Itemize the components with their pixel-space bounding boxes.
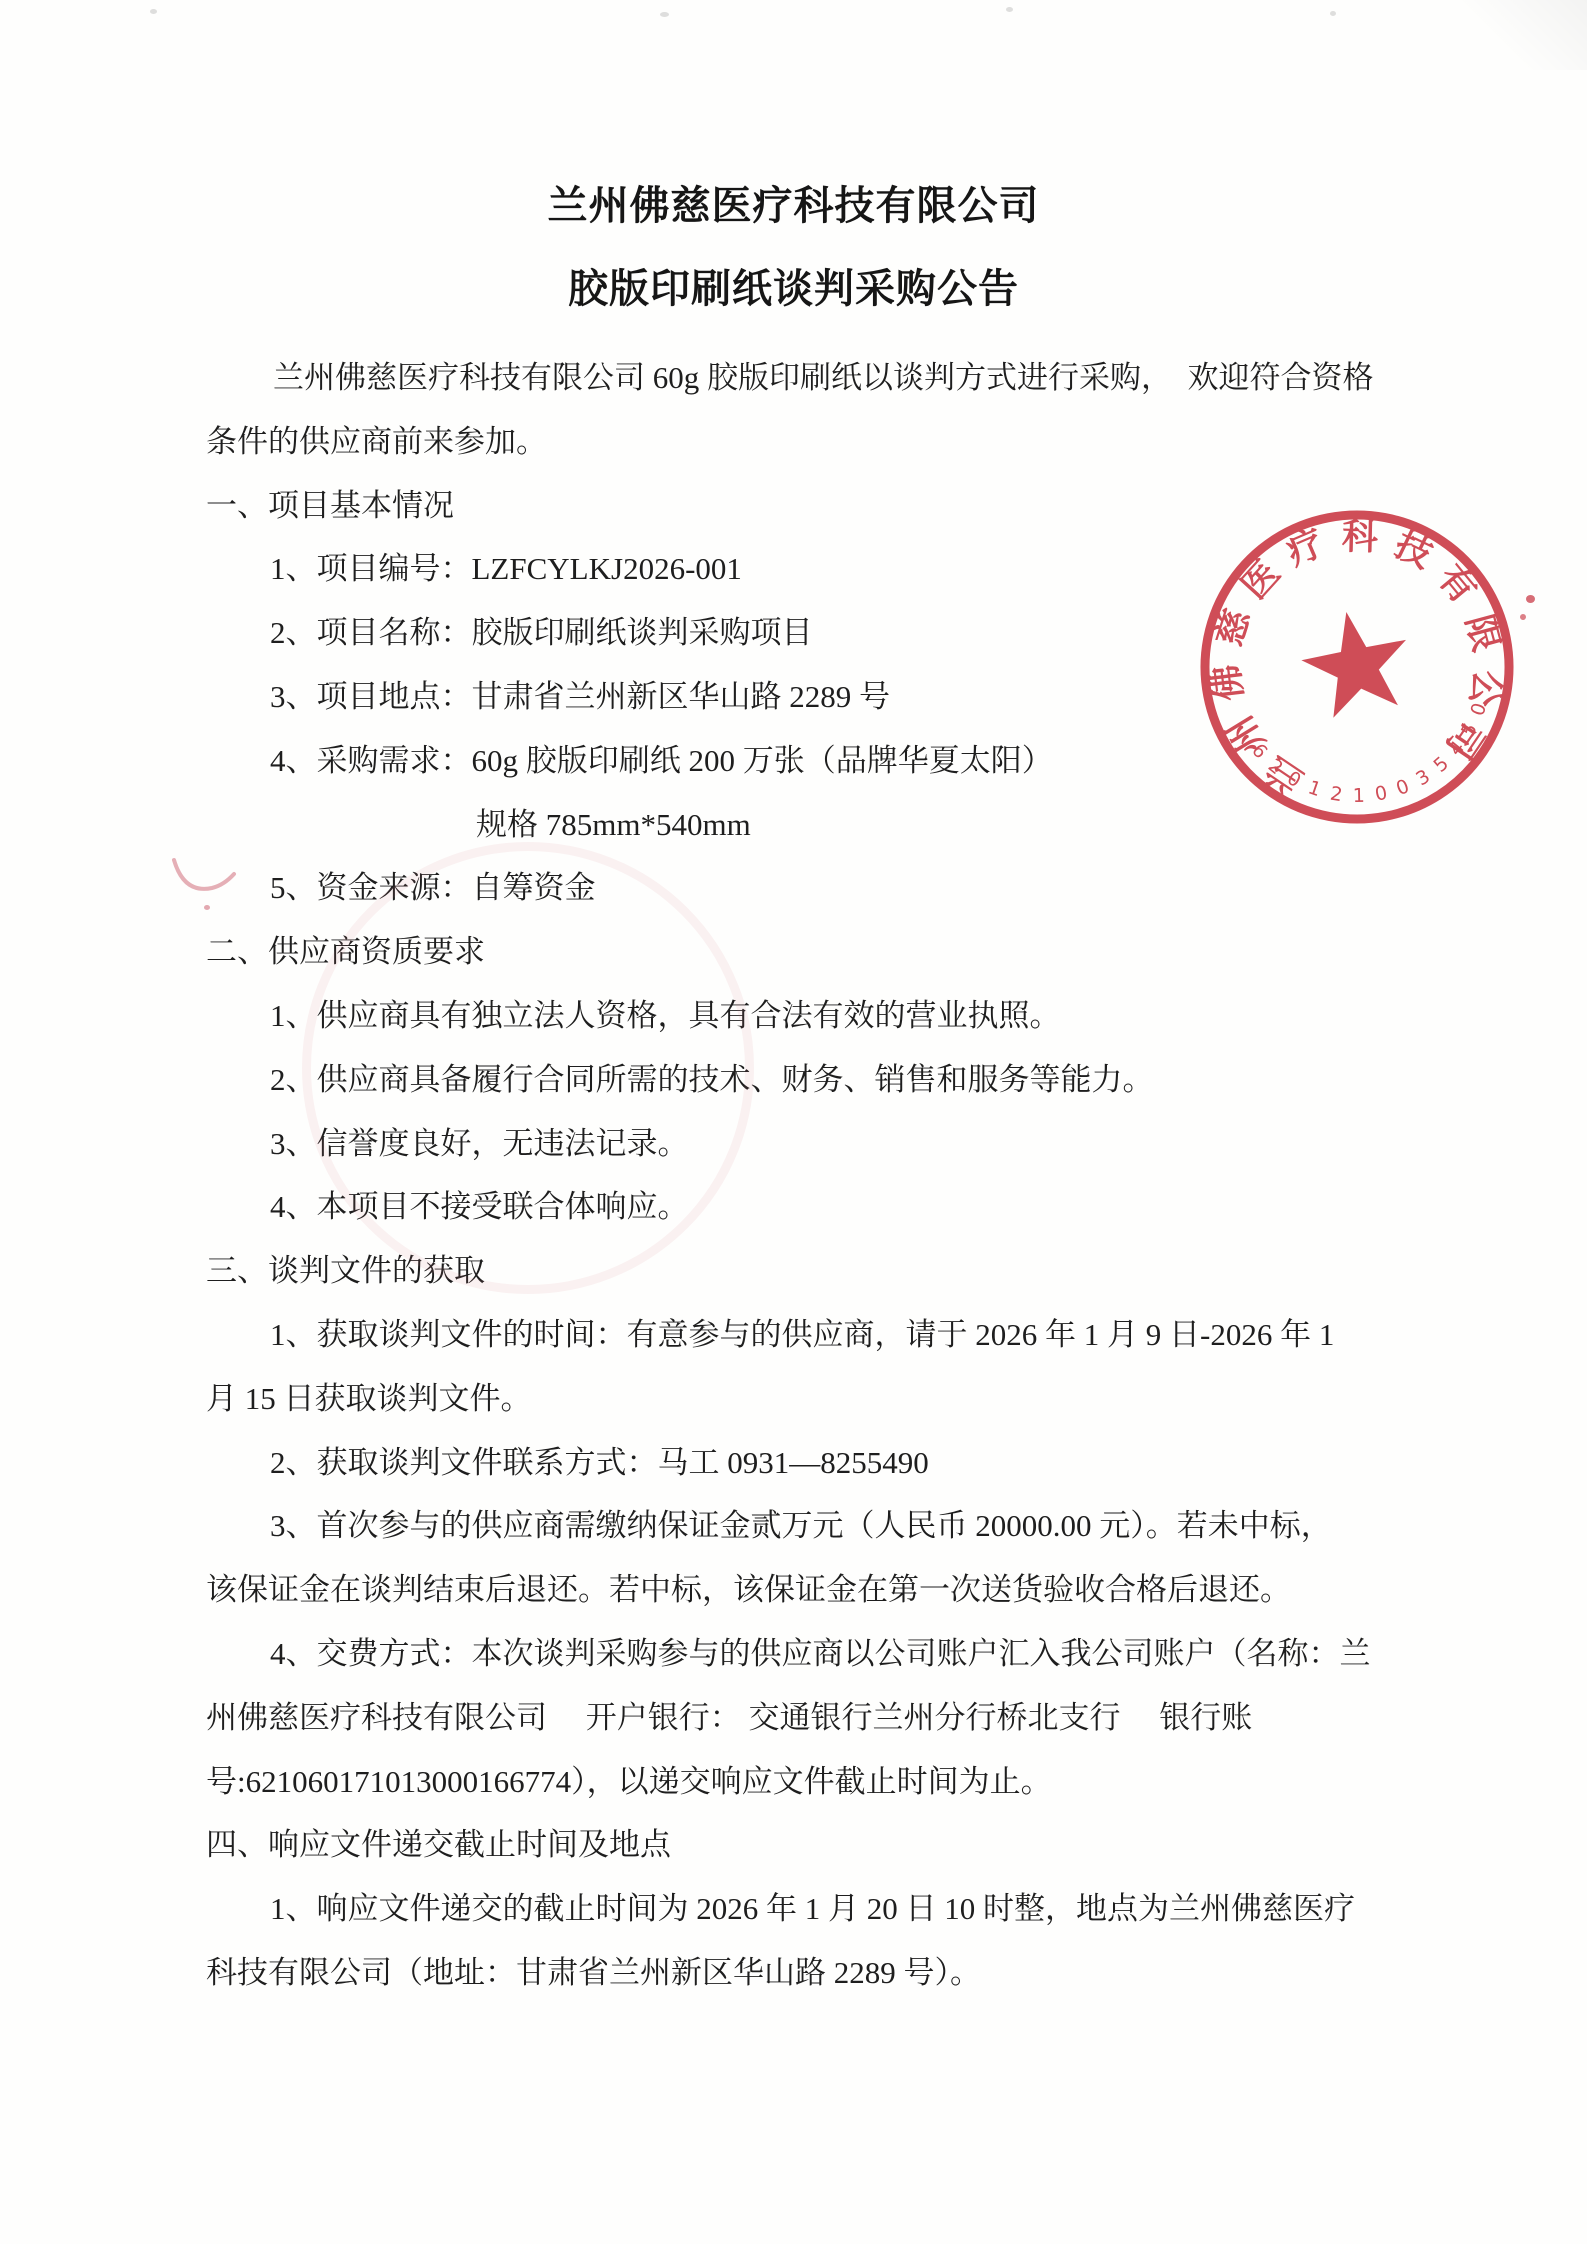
document-line: 四、响应文件递交截止时间及地点 [206, 1813, 1416, 1877]
seal-digit: 3 [1412, 765, 1435, 791]
company-title: 兰州佛慈医疗科技有限公司 [0, 164, 1587, 247]
document-line: 条件的供应商前来参加。 [206, 410, 1416, 474]
company-seal: 兰州佛慈医疗科技有限公司 6201210035450 [1177, 487, 1537, 847]
scan-speck [660, 12, 669, 17]
document-line: 2、获取谈判文件联系方式：马工 0931—8255490 [206, 1431, 1416, 1495]
document-line: 1、响应文件递交的截止时间为 2026 年 1 月 20 日 10 时整，地点为… [206, 1877, 1416, 1941]
ink-dot [204, 905, 210, 910]
document-line: 科技有限公司（地址：甘肃省兰州新区华山路 2289 号）。 [206, 1941, 1416, 2005]
seal-character: 佛 [1206, 662, 1250, 703]
document-line: 月 15 日获取谈判文件。 [206, 1367, 1416, 1431]
seal-digit: 2 [1329, 783, 1345, 807]
document-line: 1、获取谈判文件的时间：有意参与的供应商，请于 2026 年 1 月 9 日-2… [206, 1303, 1416, 1367]
scan-speck [150, 9, 157, 14]
document-header: 兰州佛慈医疗科技有限公司 胶版印刷纸谈判采购公告 [0, 164, 1587, 330]
document-line: 号:621060171013000166774），以递交响应文件截止时间为止。 [206, 1750, 1416, 1814]
document-line: 州佛慈医疗科技有限公司 开户银行： 交通银行兰州分行桥北支行 银行账 [206, 1686, 1416, 1750]
seal-digit: 1 [1305, 776, 1325, 801]
document-line: 3、首次参与的供应商需缴纳保证金贰万元（人民币 20000.00 元）。若未中标… [206, 1494, 1416, 1558]
document-line: 4、交费方式：本次谈判采购参与的供应商以公司账户汇入我公司账户（名称：兰 [206, 1622, 1416, 1686]
document-line: 兰州佛慈医疗科技有限公司 60g 胶版印刷纸以谈判方式进行采购， 欢迎符合资格 [206, 346, 1416, 410]
document-line: 三、谈判文件的获取 [206, 1239, 1416, 1303]
seal-digit: 1 [1353, 785, 1366, 807]
star-icon [1294, 602, 1418, 722]
seal-character: 医 [1234, 553, 1288, 607]
scanned-document-page: 兰州佛慈医疗科技有限公司 胶版印刷纸谈判采购公告 兰州佛慈医疗科技有限公司 60… [0, 0, 1587, 2244]
announcement-title: 胶版印刷纸谈判采购公告 [0, 247, 1587, 330]
ink-squiggle [168, 848, 242, 904]
seal-character: 科 [1341, 517, 1378, 558]
scan-speck [1006, 7, 1013, 12]
seal-digit: 5 [1429, 752, 1453, 777]
seal-digit: 0 [1393, 775, 1413, 800]
seal-character: 限 [1459, 611, 1507, 656]
company-seal-graphic: 兰州佛慈医疗科技有限公司 6201210035450 [1177, 487, 1537, 847]
seal-digit: 0 [1373, 782, 1390, 806]
scan-speck [1330, 11, 1336, 16]
scan-corner-smudge [1417, 0, 1587, 70]
document-line: 该保证金在谈判结束后退还。若中标，该保证金在第一次送货验收合格后退还。 [206, 1558, 1416, 1622]
stamp-bleedthrough [302, 842, 754, 1294]
